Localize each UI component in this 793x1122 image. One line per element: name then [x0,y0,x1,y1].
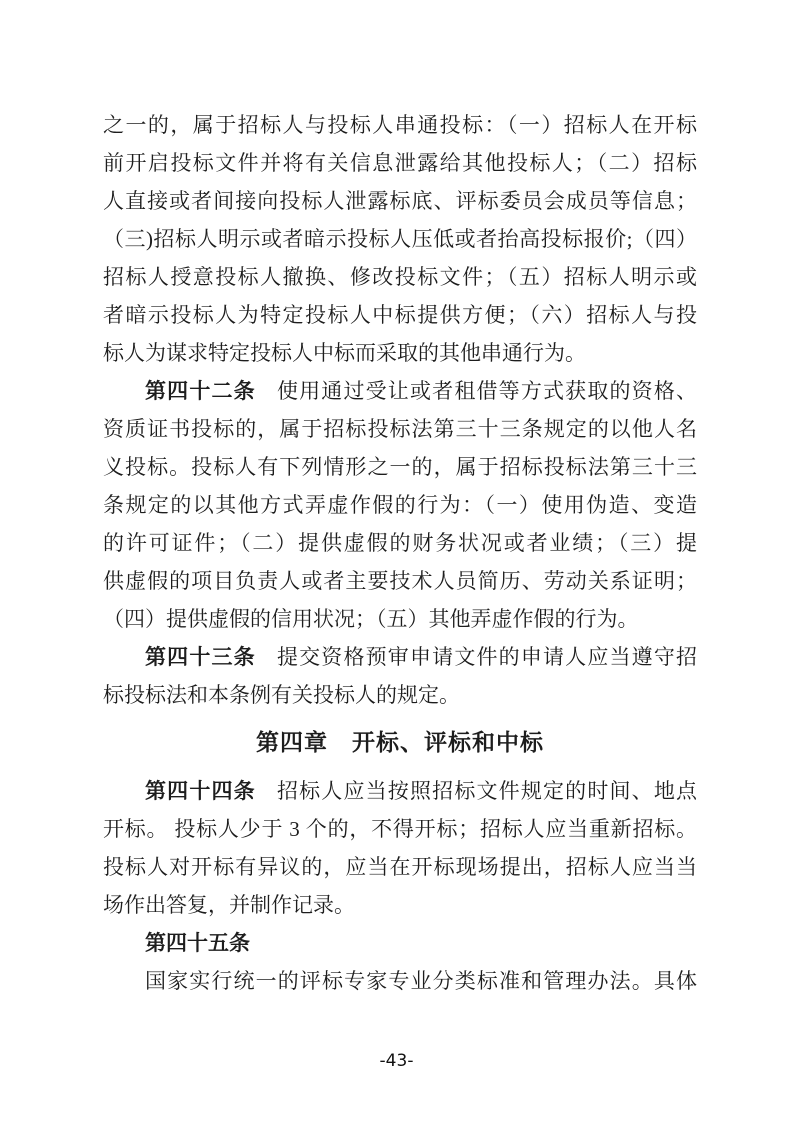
text-line: 第四十三条提交资格预审申请文件的申请人应当遵守招 [103,638,697,676]
line-text: 前开启投标文件并将有关信息泄露给其他投标人；（二）招标 [103,151,697,175]
text-line: 的许可证件；（二）提供虚假的财务状况或者业绩；（三）提 [103,524,697,562]
text-line: 供虚假的项目负责人或者主要技术人员简历、劳动关系证明； [103,562,697,600]
paragraph: 第四十三条提交资格预审申请文件的申请人应当遵守招标投标法和本条例有关投标人的规定… [103,638,697,714]
line-text: 的许可证件；（二）提供虚假的财务状况或者业绩；（三）提 [103,531,697,555]
line-text: 资质证书投标的，属于招标投标法第三十三条规定的以他人名 [103,417,697,441]
article-number: 第四十三条 [145,645,256,669]
page-number: -43- [380,1051,414,1071]
article-number: 第四十四条 [145,779,256,803]
line-text: 使用通过受让或者租借等方式获取的资格、 [276,379,697,403]
text-line: 之一的，属于招标人与投标人串通投标：（一）招标人在开标 [103,106,697,144]
line-text: 场作出答复，并制作记录。 [103,893,355,917]
document-page: 之一的，属于招标人与投标人串通投标：（一）招标人在开标前开启投标文件并将有关信息… [0,0,793,1122]
text-line: 条规定的以其他方式弄虚作假的行为：（一）使用伪造、变造 [103,486,697,524]
line-text: 开标。 投标人少于 3 个的，不得开标；招标人应当重新招标。 [103,817,697,841]
paragraph: 之一的，属于招标人与投标人串通投标：（一）招标人在开标前开启投标文件并将有关信息… [103,106,697,372]
text-line: 场作出答复，并制作记录。 [103,886,697,924]
line-text: 之一的，属于招标人与投标人串通投标：（一）招标人在开标 [103,113,697,137]
line-text: 招标人授意投标人撤换、修改投标文件；（五）招标人明示或 [103,265,697,289]
line-text: 国家实行统一的评标专家专业分类标准和管理办法。具体 [145,969,697,993]
text-line: 国家实行统一的评标专家专业分类标准和管理办法。具体 [103,962,697,1000]
line-text: 者暗示投标人为特定投标人中标提供方便；（六）招标人与投 [103,303,697,327]
article-number: 第四十五条 [145,931,250,955]
paragraph: 国家实行统一的评标专家专业分类标准和管理办法。具体 [103,962,697,1000]
line-text: 义投标。投标人有下列情形之一的，属于招标投标法第三十三 [103,455,697,479]
text-line: （三)招标人明示或者暗示投标人压低或者抬高投标报价;（四） [103,220,697,258]
line-text: 人直接或者间接向投标人泄露标底、评标委员会成员等信息； [103,189,697,213]
line-text: 供虚假的项目负责人或者主要技术人员简历、劳动关系证明； [103,569,697,593]
text-line: 第四十二条使用通过受让或者租借等方式获取的资格、 [103,372,697,410]
line-text: （四）提供虚假的信用状况；（五）其他弄虚作假的行为。 [103,607,639,631]
line-text: 提交资格预审申请文件的申请人应当遵守招 [276,645,697,669]
text-line: 投标人对开标有异议的，应当在开标现场提出，招标人应当当 [103,848,697,886]
line-text: 条规定的以其他方式弄虚作假的行为：（一）使用伪造、变造 [103,493,697,517]
text-line: 前开启投标文件并将有关信息泄露给其他投标人；（二）招标 [103,144,697,182]
text-line: 者暗示投标人为特定投标人中标提供方便；（六）招标人与投 [103,296,697,334]
text-line: 第四十四条招标人应当按照招标文件规定的时间、地点 [103,772,697,810]
page-footer: -43- [0,1050,793,1072]
paragraph: 第四十四条招标人应当按照招标文件规定的时间、地点开标。 投标人少于 3 个的，不… [103,772,697,924]
paragraph: 第四十二条使用通过受让或者租借等方式获取的资格、资质证书投标的，属于招标投标法第… [103,372,697,638]
text-line: 资质证书投标的，属于招标投标法第三十三条规定的以他人名 [103,410,697,448]
article-number: 第四十二条 [145,379,256,403]
line-text: （三)招标人明示或者暗示投标人压低或者抬高投标报价;（四） [103,227,697,251]
line-text: 投标人对开标有异议的，应当在开标现场提出，招标人应当当 [103,855,697,879]
line-text: 标投标法和本条例有关投标人的规定。 [103,683,460,707]
text-line: 义投标。投标人有下列情形之一的，属于招标投标法第三十三 [103,448,697,486]
document-body: 之一的，属于招标人与投标人串通投标：（一）招标人在开标前开启投标文件并将有关信息… [103,106,697,1000]
text-line: 人直接或者间接向投标人泄露标底、评标委员会成员等信息； [103,182,697,220]
article-number-line: 第四十五条 [103,924,697,962]
text-line: 标投标法和本条例有关投标人的规定。 [103,676,697,714]
text-line: （四）提供虚假的信用状况；（五）其他弄虚作假的行为。 [103,600,697,638]
chapter-heading: 第四章 开标、评标和中标 [103,724,697,762]
text-line: 标人为谋求特定投标人中标而采取的其他串通行为。 [103,334,697,372]
line-text: 招标人应当按照招标文件规定的时间、地点 [276,779,697,803]
text-line: 开标。 投标人少于 3 个的，不得开标；招标人应当重新招标。 [103,810,697,848]
text-line: 招标人授意投标人撤换、修改投标文件；（五）招标人明示或 [103,258,697,296]
line-text: 标人为谋求特定投标人中标而采取的其他串通行为。 [103,341,586,365]
